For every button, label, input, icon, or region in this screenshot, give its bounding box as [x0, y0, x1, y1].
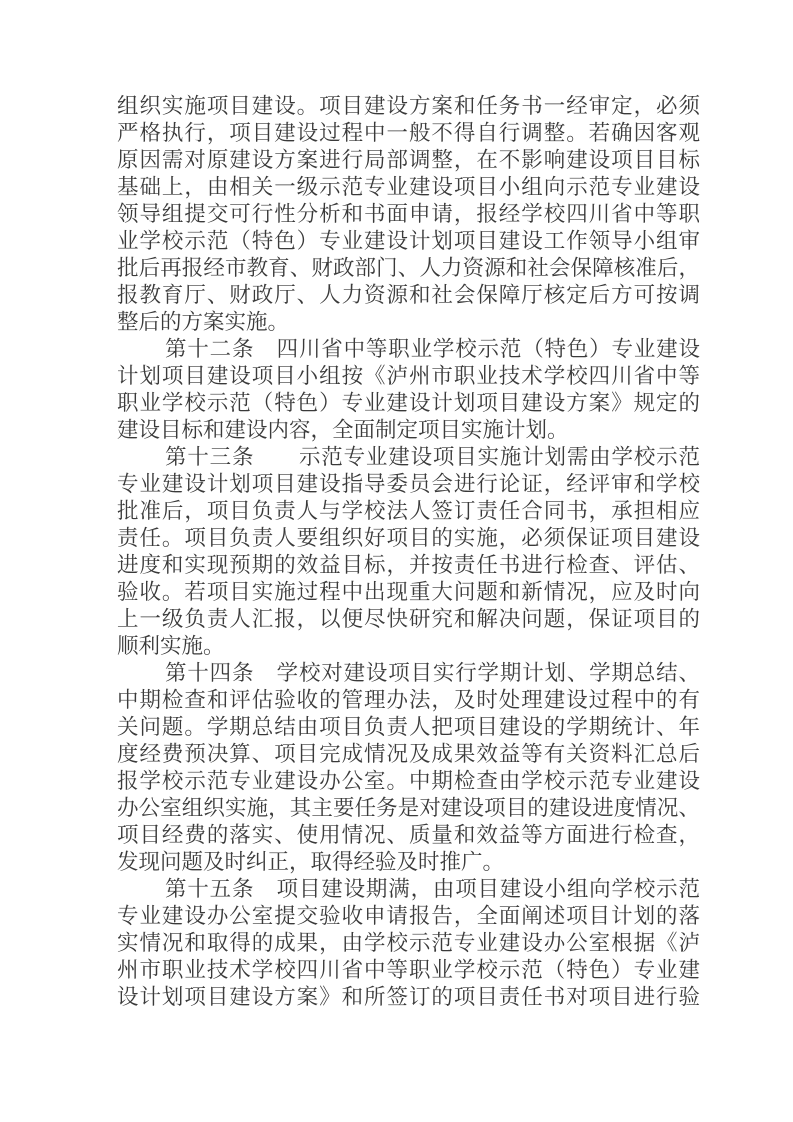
text-line: 建设目标和建设内容，全面制定项目实施计划。: [117, 417, 700, 444]
text-line: 顺利实施。: [117, 633, 700, 660]
text-line: 第十二条 四川省中等职业学校示范（特色）专业建设: [117, 336, 700, 363]
text-line: 组织实施项目建设。项目建设方案和任务书一经审定，必须: [117, 93, 700, 120]
text-line: 业学校示范（特色）专业建设计划项目建设工作领导小组审: [117, 228, 700, 255]
paragraph-article-14: 第十四条 学校对建设项目实行学期计划、学期总结、 中期检查和评估验收的管理办法，…: [117, 660, 700, 876]
text-line: 整后的方案实施。: [117, 309, 700, 336]
text-line: 中期检查和评估验收的管理办法，及时处理建设过程中的有: [117, 687, 700, 714]
text-line: 州市职业技术学校四川省中等职业学校示范（特色）专业建: [117, 957, 700, 984]
text-line: 上一级负责人汇报，以便尽快研究和解决问题，保证项目的: [117, 606, 700, 633]
text-line: 批准后，项目负责人与学校法人签订责任合同书，承担相应: [117, 498, 700, 525]
text-line: 关问题。学期总结由项目负责人把项目建设的学期统计、年: [117, 714, 700, 741]
text-line: 进度和实现预期的效益目标，并按责任书进行检查、评估、: [117, 552, 700, 579]
text-line: 实情况和取得的成果，由学校示范专业建设办公室根据《泸: [117, 930, 700, 957]
text-line: 严格执行，项目建设过程中一般不得自行调整。若确因客观: [117, 120, 700, 147]
text-line: 项目经费的落实、使用情况、质量和效益等方面进行检查，: [117, 822, 700, 849]
paragraph-article-13: 第十三条 示范专业建设项目实施计划需由学校示范 专业建设计划项目建设指导委员会进…: [117, 444, 700, 660]
text-line: 设计划项目建设方案》和所签订的项目责任书对项目进行验: [117, 984, 700, 1011]
text-line: 发现问题及时纠正，取得经验及时推广。: [117, 849, 700, 876]
document-text-block: 组织实施项目建设。项目建设方案和任务书一经审定，必须 严格执行，项目建设过程中一…: [117, 93, 700, 1011]
paragraph-article-15: 第十五条 项目建设期满，由项目建设小组向学校示范 专业建设办公室提交验收申请报告…: [117, 876, 700, 1011]
text-line: 验收。若项目实施过程中出现重大问题和新情况，应及时向: [117, 579, 700, 606]
paragraph-article-12: 第十二条 四川省中等职业学校示范（特色）专业建设 计划项目建设项目小组按《泸州市…: [117, 336, 700, 444]
text-line: 专业建设计划项目建设指导委员会进行论证，经评审和学校: [117, 471, 700, 498]
text-line: 专业建设办公室提交验收申请报告，全面阐述项目计划的落: [117, 903, 700, 930]
text-line: 第十三条 示范专业建设项目实施计划需由学校示范: [117, 444, 700, 471]
text-line: 领导组提交可行性分析和书面申请，报经学校四川省中等职: [117, 201, 700, 228]
text-line: 职业学校示范（特色）专业建设计划项目建设方案》规定的: [117, 390, 700, 417]
text-line: 第十四条 学校对建设项目实行学期计划、学期总结、: [117, 660, 700, 687]
document-page: 组织实施项目建设。项目建设方案和任务书一经审定，必须 严格执行，项目建设过程中一…: [0, 0, 793, 1122]
text-line: 原因需对原建设方案进行局部调整，在不影响建设项目目标: [117, 147, 700, 174]
text-line: 度经费预决算、项目完成情况及成果效益等有关资料汇总后: [117, 741, 700, 768]
text-line: 责任。项目负责人要组织好项目的实施，必须保证项目建设: [117, 525, 700, 552]
text-line: 办公室组织实施，其主要任务是对建设项目的建设进度情况、: [117, 795, 700, 822]
text-line: 批后再报经市教育、财政部门、人力资源和社会保障核准后，: [117, 255, 700, 282]
text-line: 计划项目建设项目小组按《泸州市职业技术学校四川省中等: [117, 363, 700, 390]
text-line: 报教育厅、财政厅、人力资源和社会保障厅核定后方可按调: [117, 282, 700, 309]
paragraph-continuation: 组织实施项目建设。项目建设方案和任务书一经审定，必须 严格执行，项目建设过程中一…: [117, 93, 700, 336]
text-line: 第十五条 项目建设期满，由项目建设小组向学校示范: [117, 876, 700, 903]
text-line: 基础上，由相关一级示范专业建设项目小组向示范专业建设: [117, 174, 700, 201]
text-line: 报学校示范专业建设办公室。中期检查由学校示范专业建设: [117, 768, 700, 795]
